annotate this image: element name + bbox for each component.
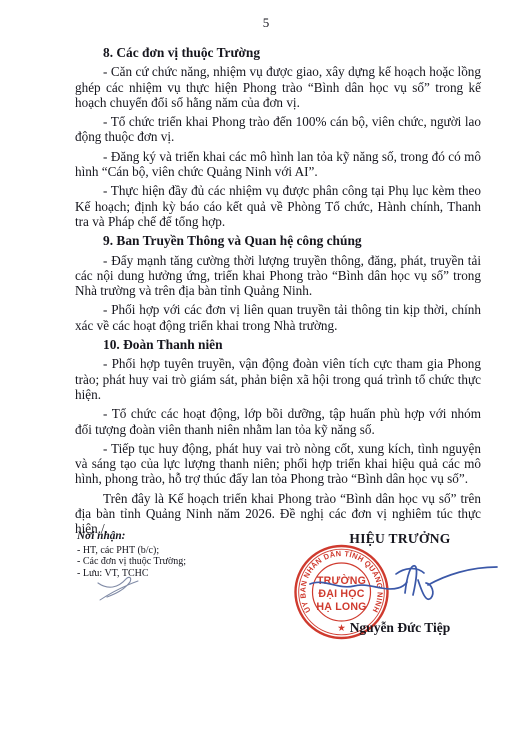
signer-name: Nguyễn Đức Tiệp	[300, 620, 500, 636]
handwritten-signature	[310, 566, 497, 599]
page-number: 5	[0, 15, 532, 31]
section-10-heading: 10. Đoàn Thanh niên	[75, 337, 481, 352]
closing-paragraph: Trên đây là Kế hoạch triển khai Phong tr…	[75, 491, 481, 537]
paragraph: - Căn cứ chức năng, nhiệm vụ được giao, …	[75, 64, 481, 110]
section-9-heading: 9. Ban Truyền Thông và Quan hệ công chún…	[75, 233, 481, 248]
stamp-outer-circle	[296, 546, 388, 638]
red-stamp-seal	[296, 546, 388, 638]
stamp-ring-text: ỦY BAN NHÂN DÂN TỈNH QUẢNG NINH	[298, 549, 384, 614]
svg-text:TRƯỜNG: TRƯỜNG	[317, 574, 366, 587]
stamp-middle-circle	[299, 549, 385, 635]
paragraph: - Đẩy mạnh tăng cường thời lượng truyền …	[75, 253, 481, 299]
paragraph: - Phối hợp tuyên truyền, vận động đoàn v…	[75, 356, 481, 402]
stamp-center-text: TRƯỜNG ĐẠI HỌC HẠ LONG	[316, 574, 366, 613]
recipient-item: - Các đơn vị thuộc Trường;	[77, 556, 186, 568]
stamp-star-icon: ★	[337, 623, 346, 634]
clerk-initial-scribble	[90, 574, 152, 608]
official-stamp-and-signature: ỦY BAN NHÂN DÂN TỈNH QUẢNG NINH TRƯỜNG Đ…	[288, 540, 503, 645]
document-body: 8. Các đơn vị thuộc Trường - Căn cứ chức…	[75, 45, 481, 541]
recipient-item: - Lưu: VT, TCHC	[77, 568, 186, 580]
paragraph: - Phối hợp với các đơn vị liên quan truy…	[75, 302, 481, 333]
recipient-item: - HT, các PHT (b/c);	[77, 545, 186, 557]
paragraph: - Tổ chức các hoạt động, lớp bồi dưỡng, …	[75, 406, 481, 437]
paragraph: - Tổ chức triển khai Phong trào đến 100%…	[75, 114, 481, 145]
paragraph: - Tiếp tục huy động, phát huy vai trò nò…	[75, 441, 481, 487]
svg-text:HẠ LONG: HẠ LONG	[316, 601, 366, 613]
paragraph: - Thực hiện đầy đủ các nhiệm vụ được phâ…	[75, 183, 481, 229]
document-page: 5 8. Các đơn vị thuộc Trường - Căn cứ ch…	[0, 0, 532, 753]
section-8-heading: 8. Các đơn vị thuộc Trường	[75, 45, 481, 60]
stamp-inner-circle	[313, 563, 371, 621]
paragraph: - Đăng ký và triển khai các mô hình lan …	[75, 149, 481, 180]
svg-text:ĐẠI HỌC: ĐẠI HỌC	[318, 588, 364, 600]
